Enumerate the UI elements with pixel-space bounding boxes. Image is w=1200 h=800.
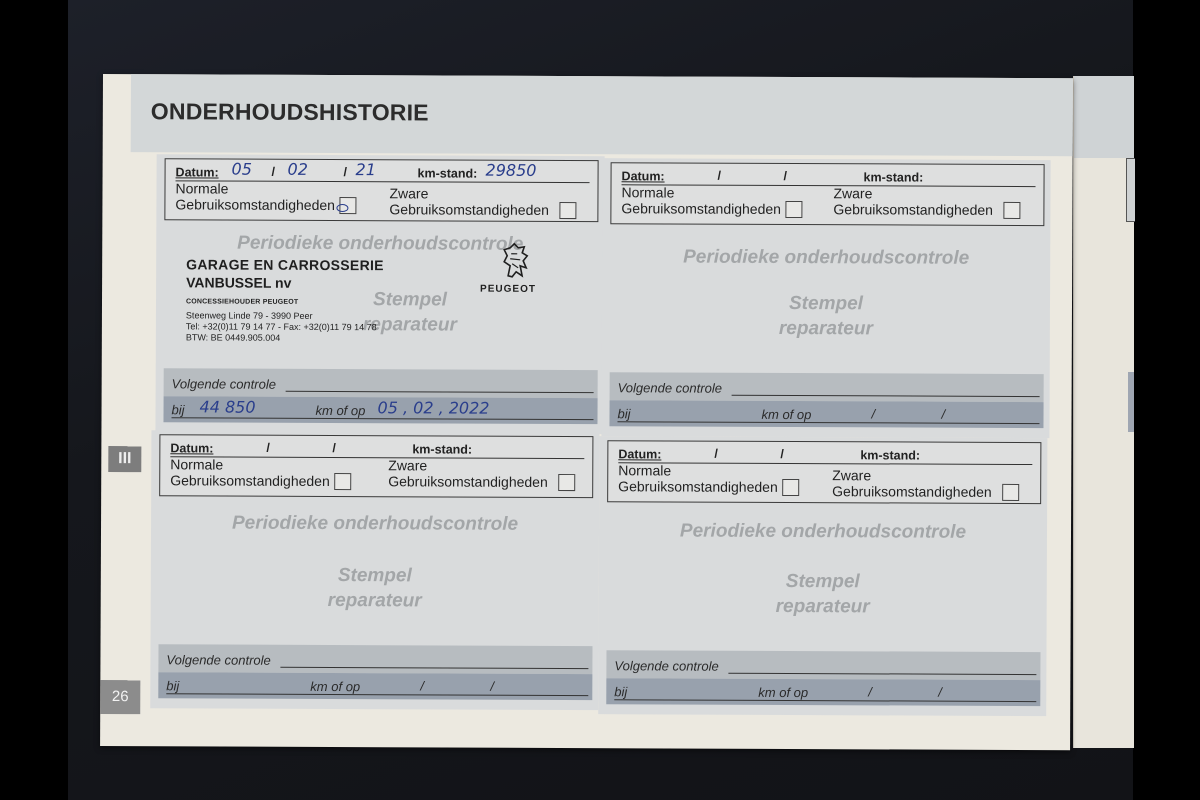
next-control-km-date-row: bij km of op / / xyxy=(158,672,592,700)
next-control-line xyxy=(286,391,594,393)
date-separator: / xyxy=(420,678,424,693)
normal-usage-checkbox[interactable] xyxy=(785,201,802,218)
heavy-usage-option: Zware Gebruiksomstandigheden xyxy=(389,186,576,219)
entry-header: Datum: / / km-stand: Normale Gebruiksoms… xyxy=(610,162,1044,226)
date-line: Datum: / / km-stand: xyxy=(618,444,1032,465)
next-km-field[interactable]: 44 850 xyxy=(200,397,256,416)
date-separator: / xyxy=(332,441,336,455)
km-stand-label: km-stand: xyxy=(418,166,478,180)
date-day-field[interactable]: 05 xyxy=(232,160,252,179)
stamp-area: Periodieke onderhoudscontrole Stempel re… xyxy=(156,220,605,368)
normal-usage-option: Normale Gebruiksomstandigheden xyxy=(175,181,356,214)
normal-usage-checkbox[interactable] xyxy=(782,479,799,496)
repairer-watermark: reparateur xyxy=(599,595,1047,619)
date-line: Datum: / / km-stand: xyxy=(622,166,1036,187)
km-stand-label: km-stand: xyxy=(864,170,924,184)
date-separator: / xyxy=(780,447,784,461)
heavy-usage-option: Zware Gebruiksomstandigheden xyxy=(832,468,1019,501)
normal-usage-label-2: Gebruiksomstandigheden xyxy=(175,197,335,213)
adjacent-page-box xyxy=(1126,158,1135,222)
chapter-tab: III xyxy=(108,446,141,472)
maintenance-booklet-page: ONDERHOUDSHISTORIE III 26 Datum: 05 / 02… xyxy=(100,74,1073,750)
next-control-row: Volgende controle xyxy=(610,372,1044,402)
normal-usage-option: Normale Gebruiksomstandigheden xyxy=(618,463,799,496)
next-control-label: Volgende controle xyxy=(172,376,276,391)
next-control-row: Volgende controle xyxy=(158,644,592,674)
km-of-op-label: km of op xyxy=(316,403,366,418)
date-separator: / xyxy=(784,169,788,183)
heavy-usage-checkbox[interactable] xyxy=(1003,202,1020,219)
date-month-field[interactable]: 02 xyxy=(288,160,308,179)
normal-usage-label: Normale xyxy=(170,457,351,473)
next-control-label: Volgende controle xyxy=(614,658,718,673)
normal-usage-label-2: Gebruiksomstandigheden xyxy=(170,473,330,489)
stamp-area: Periodieke onderhoudscontrole Stempel re… xyxy=(151,496,600,644)
next-control-line xyxy=(280,667,588,669)
maintenance-entry-3: Datum: / / km-stand: Normale Gebruiksoms… xyxy=(150,430,599,710)
normal-usage-checkbox[interactable] xyxy=(334,473,351,490)
stamp-watermark: Stempel xyxy=(602,292,1050,316)
bij-line xyxy=(614,699,1036,702)
heavy-usage-checkbox[interactable] xyxy=(1002,484,1019,501)
heavy-usage-label-2: Gebruiksomstandigheden xyxy=(389,202,549,218)
bij-line xyxy=(617,421,1039,424)
date-separator: / xyxy=(941,407,945,422)
periodic-check-watermark: Periodieke onderhoudscontrole xyxy=(602,246,1050,270)
date-separator: / xyxy=(344,165,348,179)
normal-usage-option: Normale Gebruiksomstandigheden xyxy=(621,185,802,218)
heavy-usage-option: Zware Gebruiksomstandigheden xyxy=(388,458,575,491)
next-control-row: Volgende controle xyxy=(606,650,1040,680)
date-separator: / xyxy=(938,685,942,700)
km-of-op-label: km of op xyxy=(761,407,811,422)
heavy-usage-label: Zware xyxy=(389,186,576,202)
stamp-address: Steenweg Linde 79 - 3990 Peer xyxy=(186,310,313,321)
dealer-stamp: GARAGE EN CARROSSERIE VANBUSSEL nv CONCE… xyxy=(186,226,567,348)
next-control-km-date-row: bij km of op / / xyxy=(606,678,1040,706)
periodic-check-watermark: Periodieke onderhoudscontrole xyxy=(599,520,1047,544)
bij-label: bij xyxy=(617,406,630,421)
maintenance-entry-2: Datum: / / km-stand: Normale Gebruiksoms… xyxy=(601,158,1050,438)
bij-label: bij xyxy=(172,402,185,417)
entry-header: Datum: / / km-stand: Normale Gebruiksoms… xyxy=(159,434,593,498)
date-label: Datum: xyxy=(622,169,665,183)
repairer-watermark: reparateur xyxy=(151,589,599,613)
heavy-usage-label-2: Gebruiksomstandigheden xyxy=(832,484,992,500)
adjacent-page-band xyxy=(1128,372,1134,432)
entry-header: Datum: / / km-stand: Normale Gebruiksoms… xyxy=(607,440,1041,504)
stamp-company-name-2: VANBUSSEL nv xyxy=(186,274,291,290)
next-control-km-date-row: bij km of op / / xyxy=(609,400,1043,428)
normal-usage-label-2: Gebruiksomstandigheden xyxy=(618,479,778,495)
adjacent-page xyxy=(1073,76,1134,748)
bij-label: bij xyxy=(166,678,179,693)
page-title: ONDERHOUDSHISTORIE xyxy=(151,98,429,126)
date-label: Datum: xyxy=(170,441,213,455)
date-label: Datum: xyxy=(176,165,219,179)
normal-usage-label: Normale xyxy=(618,463,799,479)
stamp-phone: Tel: +32(0)11 79 14 77 - Fax: +32(0)11 7… xyxy=(186,321,377,332)
next-control-row: Volgende controle xyxy=(164,368,598,398)
next-control-line xyxy=(732,395,1040,397)
date-year-field[interactable]: 21 xyxy=(356,160,376,179)
stamp-vat: BTW: BE 0449.905.004 xyxy=(186,332,280,342)
next-control-label: Volgende controle xyxy=(166,652,270,667)
maintenance-entry-1: Datum: 05 / 02 / 21 km-stand: 29850 Norm… xyxy=(155,154,604,434)
normal-usage-label-2: Gebruiksomstandigheden xyxy=(621,201,781,217)
heavy-usage-label-2: Gebruiksomstandigheden xyxy=(833,202,993,218)
stamp-watermark: Stempel xyxy=(599,570,1047,594)
heavy-usage-option: Zware Gebruiksomstandigheden xyxy=(833,186,1020,219)
date-line: Datum: / / km-stand: xyxy=(170,438,584,459)
bij-line xyxy=(171,417,593,420)
repairer-watermark: reparateur xyxy=(602,317,1050,341)
km-stand-label: km-stand: xyxy=(412,442,472,456)
date-label: Datum: xyxy=(618,447,661,461)
page-number: 26 xyxy=(100,680,140,714)
normal-usage-label: Normale xyxy=(175,181,356,197)
date-separator: / xyxy=(714,447,718,461)
normal-usage-checkbox[interactable] xyxy=(339,197,356,214)
stamp-area: Periodieke onderhoudscontrole Stempel re… xyxy=(598,502,1047,650)
normal-usage-label: Normale xyxy=(621,185,802,201)
bij-label: bij xyxy=(614,684,627,699)
date-separator: / xyxy=(871,406,875,421)
date-separator: / xyxy=(272,165,276,179)
entry-header: Datum: 05 / 02 / 21 km-stand: 29850 Norm… xyxy=(164,158,598,222)
next-control-label: Volgende controle xyxy=(618,380,722,395)
next-control-km-date-row: bij 44 850 km of op 05 , 02 , 2022 xyxy=(163,396,597,424)
stamp-watermark: Stempel xyxy=(151,564,599,588)
heavy-usage-checkbox[interactable] xyxy=(559,202,576,219)
heavy-usage-label: Zware xyxy=(832,468,1019,484)
date-separator: / xyxy=(266,441,270,455)
stamp-dealer-type: CONCESSIEHOUDER PEUGEOT xyxy=(186,298,298,305)
km-stand-field[interactable]: 29850 xyxy=(486,161,537,180)
date-separator: / xyxy=(490,679,494,694)
km-of-op-label: km of op xyxy=(758,685,808,700)
stamp-area: Periodieke onderhoudscontrole Stempel re… xyxy=(602,224,1051,372)
next-control-line xyxy=(728,673,1036,675)
km-stand-label: km-stand: xyxy=(860,448,920,462)
heavy-usage-label: Zware xyxy=(833,186,1020,202)
date-separator: / xyxy=(868,684,872,699)
heavy-usage-checkbox[interactable] xyxy=(558,474,575,491)
date-separator: / xyxy=(718,169,722,183)
maintenance-entry-4: Datum: / / km-stand: Normale Gebruiksoms… xyxy=(598,436,1047,716)
peugeot-lion-icon xyxy=(498,242,532,280)
bij-line xyxy=(166,693,588,696)
next-date-field[interactable]: 05 , 02 , 2022 xyxy=(378,398,490,417)
stamp-company-name: GARAGE EN CARROSSERIE xyxy=(186,256,384,273)
adjacent-page-header xyxy=(1074,76,1134,158)
normal-usage-option: Normale Gebruiksomstandigheden xyxy=(170,457,351,490)
heavy-usage-label: Zware xyxy=(388,458,575,474)
heavy-usage-label-2: Gebruiksomstandigheden xyxy=(388,474,548,490)
stamp-brand: PEUGEOT xyxy=(480,284,536,295)
periodic-check-watermark: Periodieke onderhoudscontrole xyxy=(151,512,599,536)
date-line: Datum: 05 / 02 / 21 km-stand: 29850 xyxy=(176,162,590,183)
km-of-op-label: km of op xyxy=(310,679,360,694)
